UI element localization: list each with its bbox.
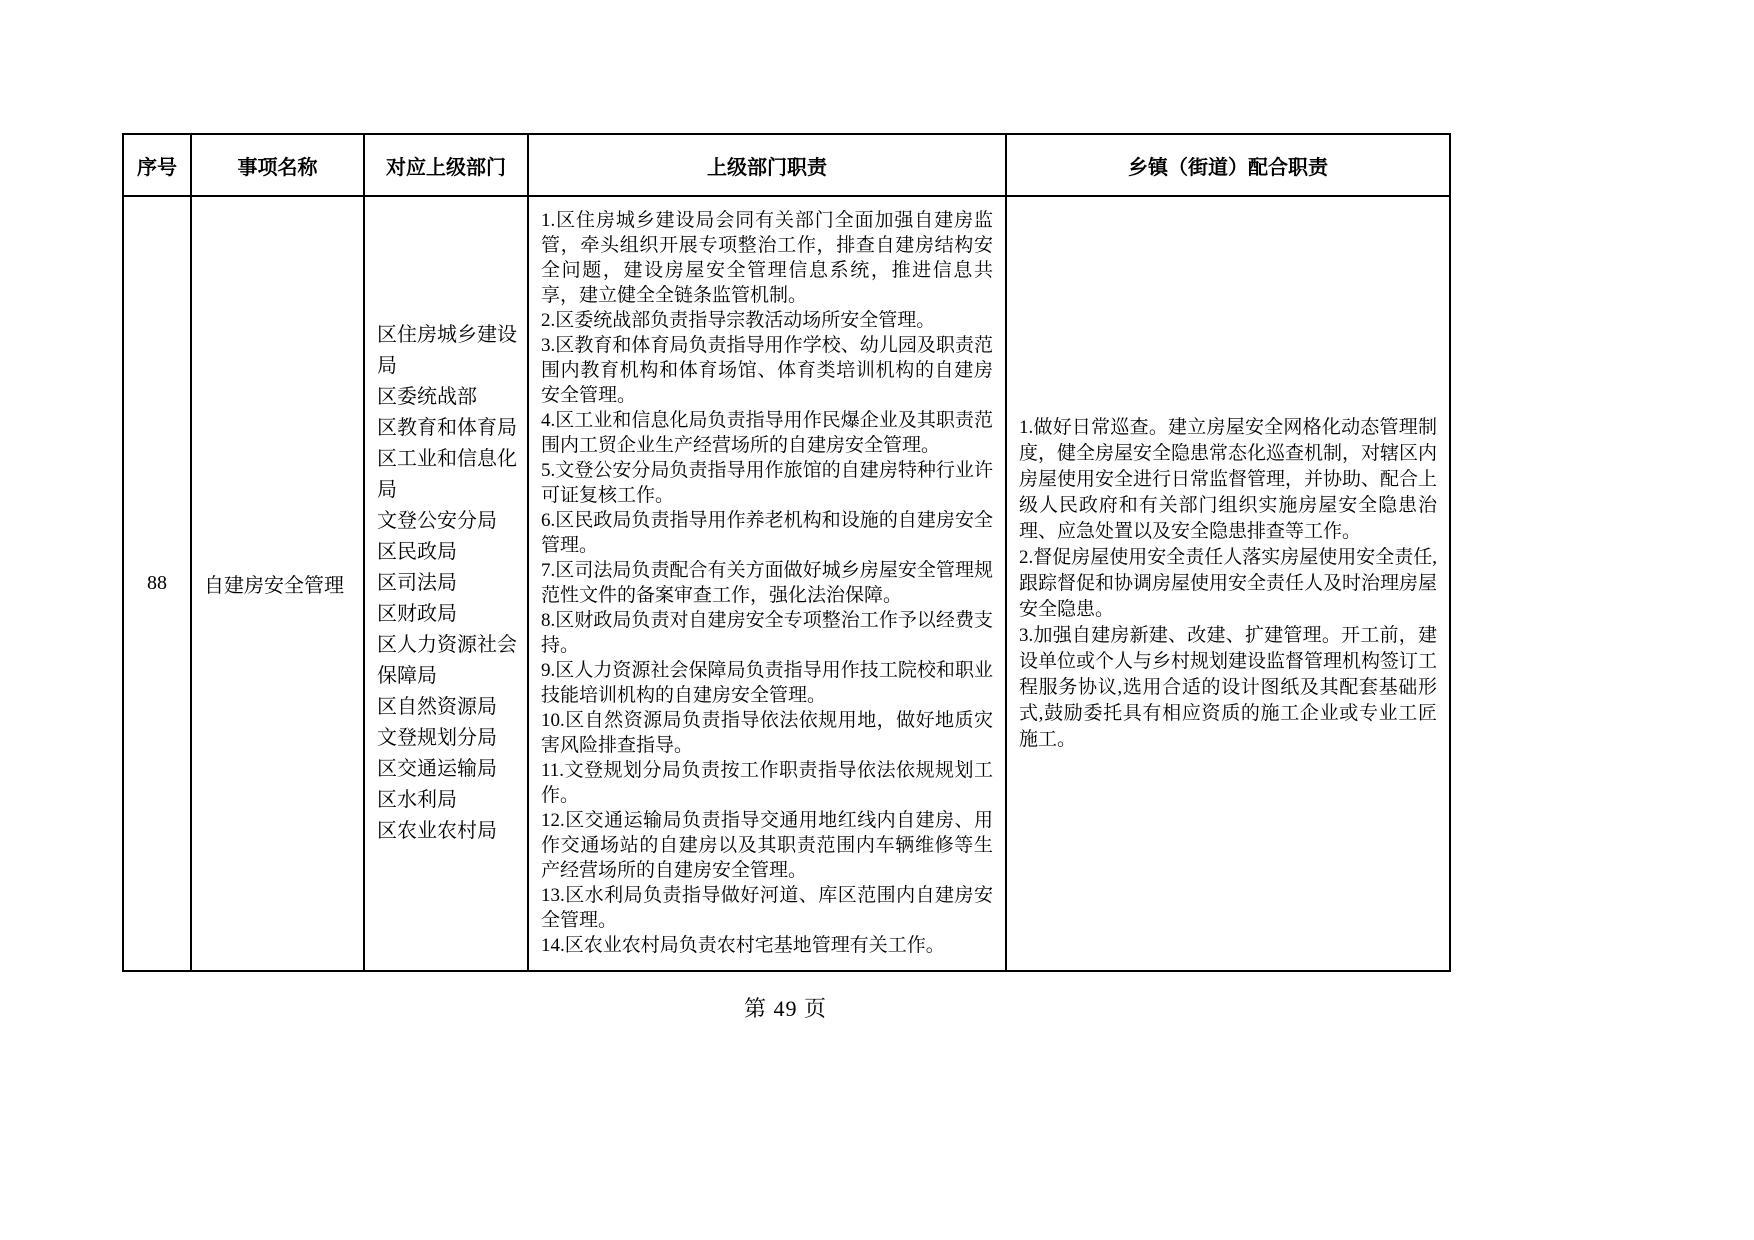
superior-duty-item: 12.区交通运输局负责指导交通用地红线内自建房、用作交通场站的自建房以及其职责范…	[541, 808, 993, 883]
cell-township-duties: 1.做好日常巡查。建立房屋安全网格化动态管理制度，健全房屋安全隐患常态化巡查机制…	[1006, 196, 1450, 971]
superior-duty-item: 9.区人力资源社会保障局负责指导用作技工院校和职业技能培训机构的自建房安全管理。	[541, 658, 993, 708]
department-item: 区交通运输局	[377, 754, 517, 785]
superior-duty-item: 6.区民政局负责指导用作养老机构和设施的自建房安全管理。	[541, 508, 993, 558]
department-item: 区司法局	[377, 568, 517, 599]
department-item: 区委统战部	[377, 382, 517, 413]
header-item-name: 事项名称	[191, 134, 364, 196]
department-item: 区工业和信息化局	[377, 444, 517, 506]
responsibilities-table: 序号 事项名称 对应上级部门 上级部门职责 乡镇（街道）配合职责 88 自建房安…	[122, 133, 1451, 972]
superior-duty-item: 3.区教育和体育局负责指导用作学校、幼儿园及职责范围内教育机构和体育场馆、体育类…	[541, 333, 993, 408]
header-serial: 序号	[123, 134, 191, 196]
department-item: 区教育和体育局	[377, 413, 517, 444]
cell-item-name: 自建房安全管理	[191, 196, 364, 971]
cell-departments: 区住房城乡建设局 区委统战部 区教育和体育局 区工业和信息化局 文登公安分局 区…	[364, 196, 528, 971]
department-item: 区财政局	[377, 599, 517, 630]
department-item: 区人力资源社会保障局	[377, 630, 517, 692]
department-item: 区住房城乡建设局	[377, 320, 517, 382]
superior-duty-item: 14.区农业农村局负责农村宅基地管理有关工作。	[541, 933, 993, 958]
township-duty-item: 1.做好日常巡查。建立房屋安全网格化动态管理制度，健全房屋安全隐患常态化巡查机制…	[1019, 415, 1437, 545]
table-header-row: 序号 事项名称 对应上级部门 上级部门职责 乡镇（街道）配合职责	[123, 134, 1450, 196]
superior-duty-list: 1.区住房城乡建设局会同有关部门全面加强自建房监管，牵头组织开展专项整治工作，排…	[541, 208, 993, 958]
header-superior-duties: 上级部门职责	[528, 134, 1006, 196]
department-item: 区水利局	[377, 785, 517, 816]
department-item: 区农业农村局	[377, 816, 517, 847]
department-item: 区民政局	[377, 537, 517, 568]
department-item: 文登规划分局	[377, 723, 517, 754]
page-number: 第 49 页	[122, 992, 1449, 1023]
superior-duty-item: 4.区工业和信息化局负责指导用作民爆企业及其职责范围内工贸企业生产经营场所的自建…	[541, 408, 993, 458]
superior-duty-item: 2.区委统战部负责指导宗教活动场所安全管理。	[541, 308, 993, 333]
superior-duty-item: 7.区司法局负责配合有关方面做好城乡房屋安全管理规范性文件的备案审查工作，强化法…	[541, 558, 993, 608]
township-duty-list: 1.做好日常巡查。建立房屋安全网格化动态管理制度，健全房屋安全隐患常态化巡查机制…	[1019, 415, 1437, 753]
header-superior-department: 对应上级部门	[364, 134, 528, 196]
document-page: 序号 事项名称 对应上级部门 上级部门职责 乡镇（街道）配合职责 88 自建房安…	[0, 0, 1754, 1240]
cell-serial-number: 88	[123, 196, 191, 971]
department-item: 文登公安分局	[377, 506, 517, 537]
township-duty-item: 3.加强自建房新建、改建、扩建管理。开工前，建设单位或个人与乡村规划建设监督管理…	[1019, 623, 1437, 753]
township-duty-item: 2.督促房屋使用安全责任人落实房屋使用安全责任,跟踪督促和协调房屋使用安全责任人…	[1019, 545, 1437, 623]
superior-duty-item: 10.区自然资源局负责指导依法依规用地，做好地质灾害风险排查指导。	[541, 708, 993, 758]
superior-duty-item: 5.文登公安分局负责指导用作旅馆的自建房特种行业许可证复核工作。	[541, 458, 993, 508]
superior-duty-item: 8.区财政局负责对自建房安全专项整治工作予以经费支持。	[541, 608, 993, 658]
superior-duty-item: 1.区住房城乡建设局会同有关部门全面加强自建房监管，牵头组织开展专项整治工作，排…	[541, 208, 993, 308]
superior-duty-item: 11.文登规划分局负责按工作职责指导依法依规规划工作。	[541, 758, 993, 808]
department-list: 区住房城乡建设局 区委统战部 区教育和体育局 区工业和信息化局 文登公安分局 区…	[377, 320, 517, 847]
header-township-duties: 乡镇（街道）配合职责	[1006, 134, 1450, 196]
superior-duty-item: 13.区水利局负责指导做好河道、库区范围内自建房安全管理。	[541, 883, 993, 933]
cell-superior-duties: 1.区住房城乡建设局会同有关部门全面加强自建房监管，牵头组织开展专项整治工作，排…	[528, 196, 1006, 971]
table-row: 88 自建房安全管理 区住房城乡建设局 区委统战部 区教育和体育局 区工业和信息…	[123, 196, 1450, 971]
department-item: 区自然资源局	[377, 692, 517, 723]
